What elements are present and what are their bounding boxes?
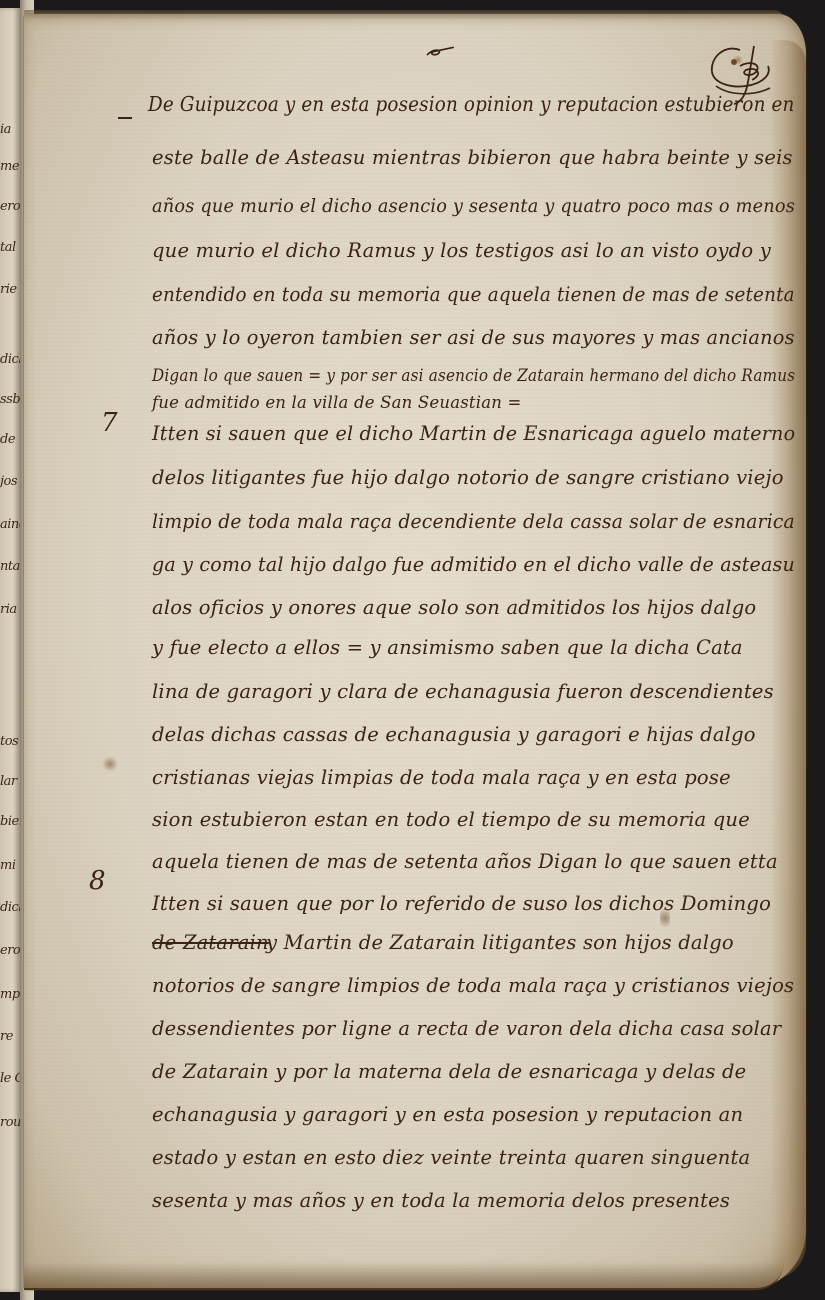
- manuscript-line: De Guipuzcoa y en esta posesion opinion …: [148, 92, 795, 116]
- manuscript-line: fue admitido en la villa de San Seuastia…: [152, 393, 522, 412]
- manuscript-line: sion estubieron estan en todo el tiempo …: [152, 808, 750, 831]
- manuscript-line: alos oficios y onores aque solo son admi…: [152, 596, 756, 619]
- manuscript-line: echanagusia y garagori y en esta posesio…: [152, 1103, 743, 1126]
- manuscript-line: Itten si sauen que por lo referido de su…: [152, 892, 771, 915]
- manuscript-line: y Martin de Zatarain litigantes son hijo…: [266, 931, 734, 954]
- manuscript-line: Digan lo que sauen = y por ser asi asenc…: [152, 366, 795, 385]
- manuscript-line: limpio de toda mala raça decendiente del…: [152, 510, 795, 533]
- manuscript-line: y fue electo a ellos = y ansimismo saben…: [152, 636, 743, 659]
- struck-text-line: de Zatarain: [152, 931, 269, 954]
- manuscript-line: notorios de sangre limpios de toda mala …: [152, 974, 794, 997]
- manuscript-line: delos litigantes fue hijo dalgo notorio …: [152, 466, 784, 489]
- manuscript-line: dessendientes por ligne a recta de varon…: [152, 1017, 781, 1040]
- manuscript-text: De Guipuzcoa y en esta posesion opinion …: [0, 0, 825, 1300]
- manuscript-line: cristianas viejas limpias de toda mala r…: [152, 766, 731, 789]
- manuscript-line: este balle de Asteasu mientras bibieron …: [152, 146, 793, 169]
- manuscript-line: Itten si sauen que el dicho Martin de Es…: [152, 422, 795, 445]
- manuscript-line: que murio el dicho Ramus y los testigos …: [152, 239, 771, 262]
- manuscript-line: delas dichas cassas de echanagusia y gar…: [152, 723, 756, 746]
- manuscript-line: estado y estan en esto diez veinte trein…: [152, 1146, 750, 1169]
- manuscript-line: de Zatarain y por la materna dela de esn…: [152, 1060, 746, 1083]
- scan-viewer: iameroerontalriedichssbdejosainentariato…: [0, 0, 825, 1300]
- manuscript-line: ga y como tal hijo dalgo fue admitido en…: [152, 553, 795, 576]
- manuscript-line: años y lo oyeron tambien ser asi de sus …: [152, 326, 795, 349]
- manuscript-line: entendido en toda su memoria que aquela …: [152, 283, 795, 306]
- manuscript-line: años que murio el dicho asencio y sesent…: [152, 195, 795, 217]
- manuscript-line: lina de garagori y clara de echanagusia …: [152, 680, 774, 703]
- manuscript-line: aquela tienen de mas de setenta años Dig…: [152, 850, 778, 873]
- manuscript-line: sesenta y mas años y en toda la memoria …: [152, 1189, 730, 1212]
